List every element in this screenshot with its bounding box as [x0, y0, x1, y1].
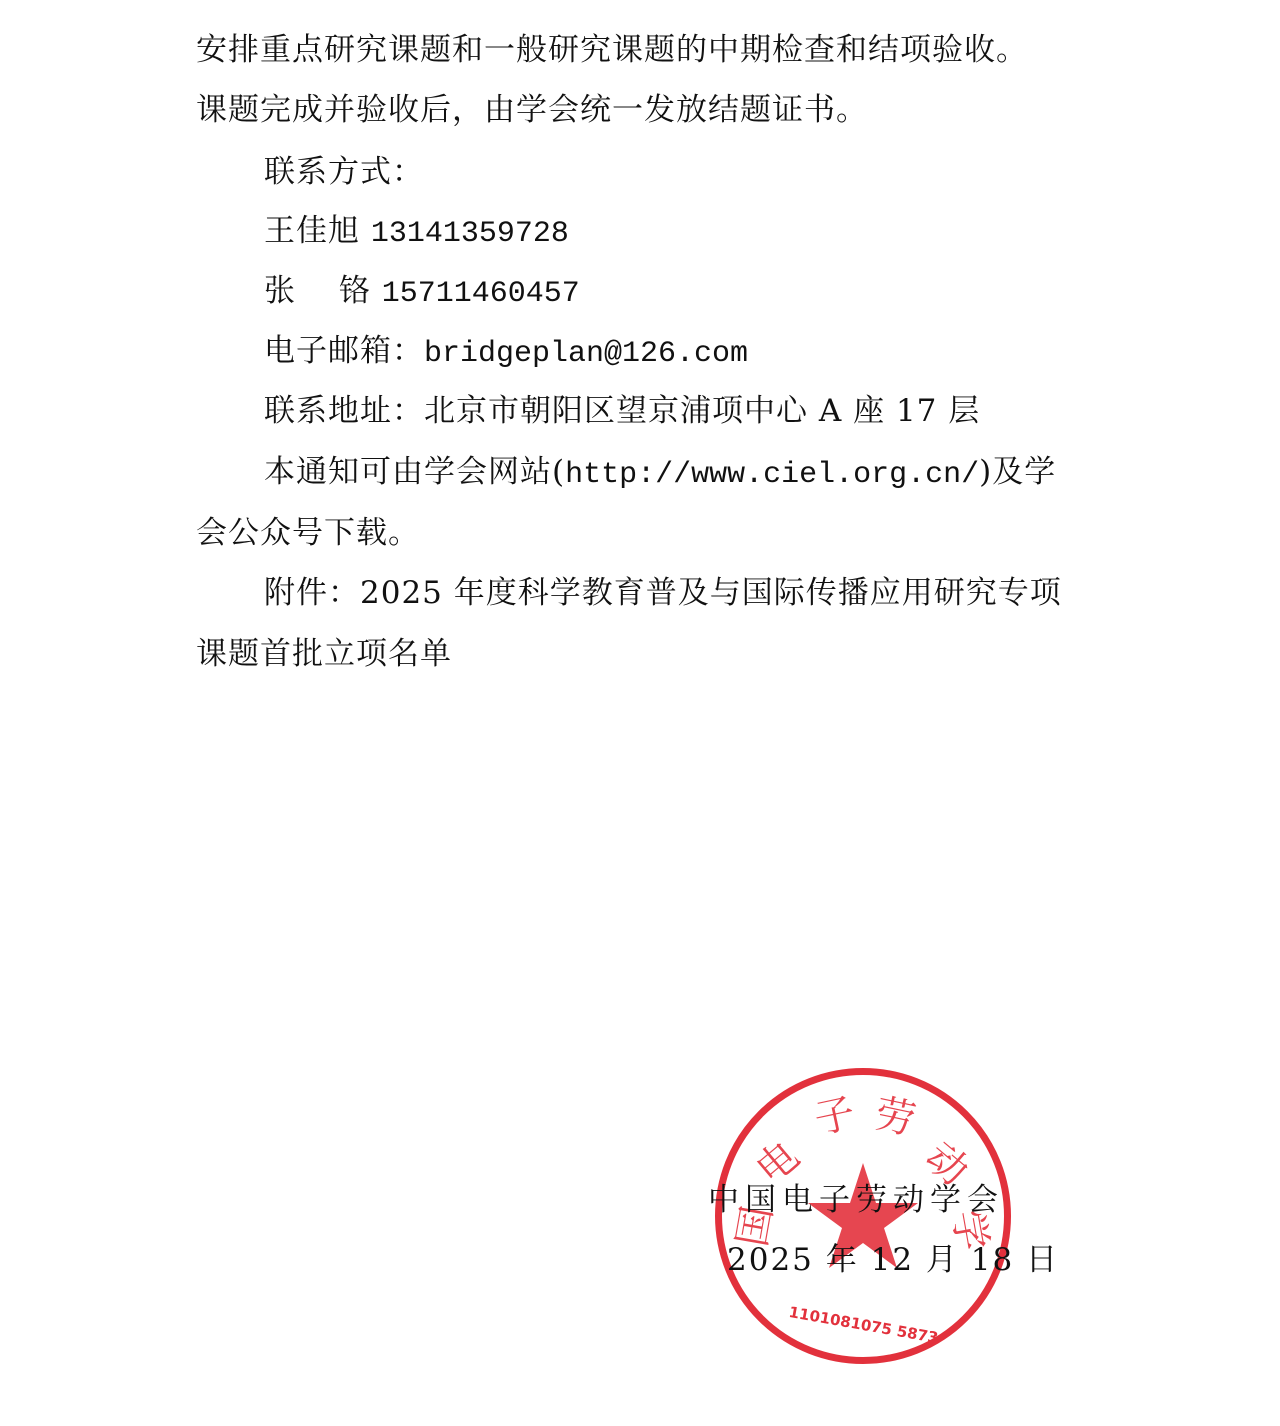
attachment-line-2: 课题首批立项名单 [196, 634, 452, 674]
seal-code: 1101081075 5873 [787, 1303, 939, 1347]
download-notice-line-2: 会公众号下载。 [196, 513, 420, 553]
address-value: 北京市朝阳区望京浦项中心 A 座 17 层 [424, 393, 980, 429]
contact-name: 张 铬 [264, 273, 371, 309]
paragraph-line-2: 课题完成并验收后，由学会统一发放结题证书。 [196, 90, 868, 130]
contact-person-1: 王佳旭 13141359728 [264, 211, 569, 254]
contact-address: 联系地址：北京市朝阳区望京浦项中心 A 座 17 层 [264, 391, 980, 431]
signing-date: 2025 年 12 月 18 日 [727, 1240, 1059, 1280]
download-notice-line-1: 本通知可由学会网站(http://www.ciel.org.cn/)及学 [264, 452, 1056, 495]
contact-phone: 15711460457 [382, 277, 580, 311]
address-label: 联系地址： [264, 393, 424, 429]
notice-text: )及学 [979, 454, 1056, 490]
svg-text:子: 子 [810, 1090, 859, 1143]
contact-phone: 13141359728 [371, 217, 569, 251]
svg-text:劳: 劳 [871, 1091, 920, 1144]
contact-heading: 联系方式： [264, 152, 424, 192]
paragraph-line-1: 安排重点研究课题和一般研究课题的中期检查和结项验收。 [196, 30, 1028, 70]
contact-name: 王佳旭 [264, 213, 360, 249]
notice-text: 本通知可由学会网站( [264, 454, 565, 490]
contact-person-2: 张 铬 15711460457 [264, 271, 580, 314]
website-link[interactable]: http://www.ciel.org.cn/ [565, 458, 979, 492]
email-address[interactable]: bridgeplan@126.com [424, 337, 748, 371]
contact-email: 电子邮箱：bridgeplan@126.com [264, 331, 748, 374]
attachment-line-1: 附件：2025 年度科学教育普及与国际传播应用研究专项 [264, 573, 1062, 613]
signing-organization: 中国电子劳动学会 [708, 1180, 1004, 1220]
email-label: 电子邮箱： [264, 333, 424, 369]
